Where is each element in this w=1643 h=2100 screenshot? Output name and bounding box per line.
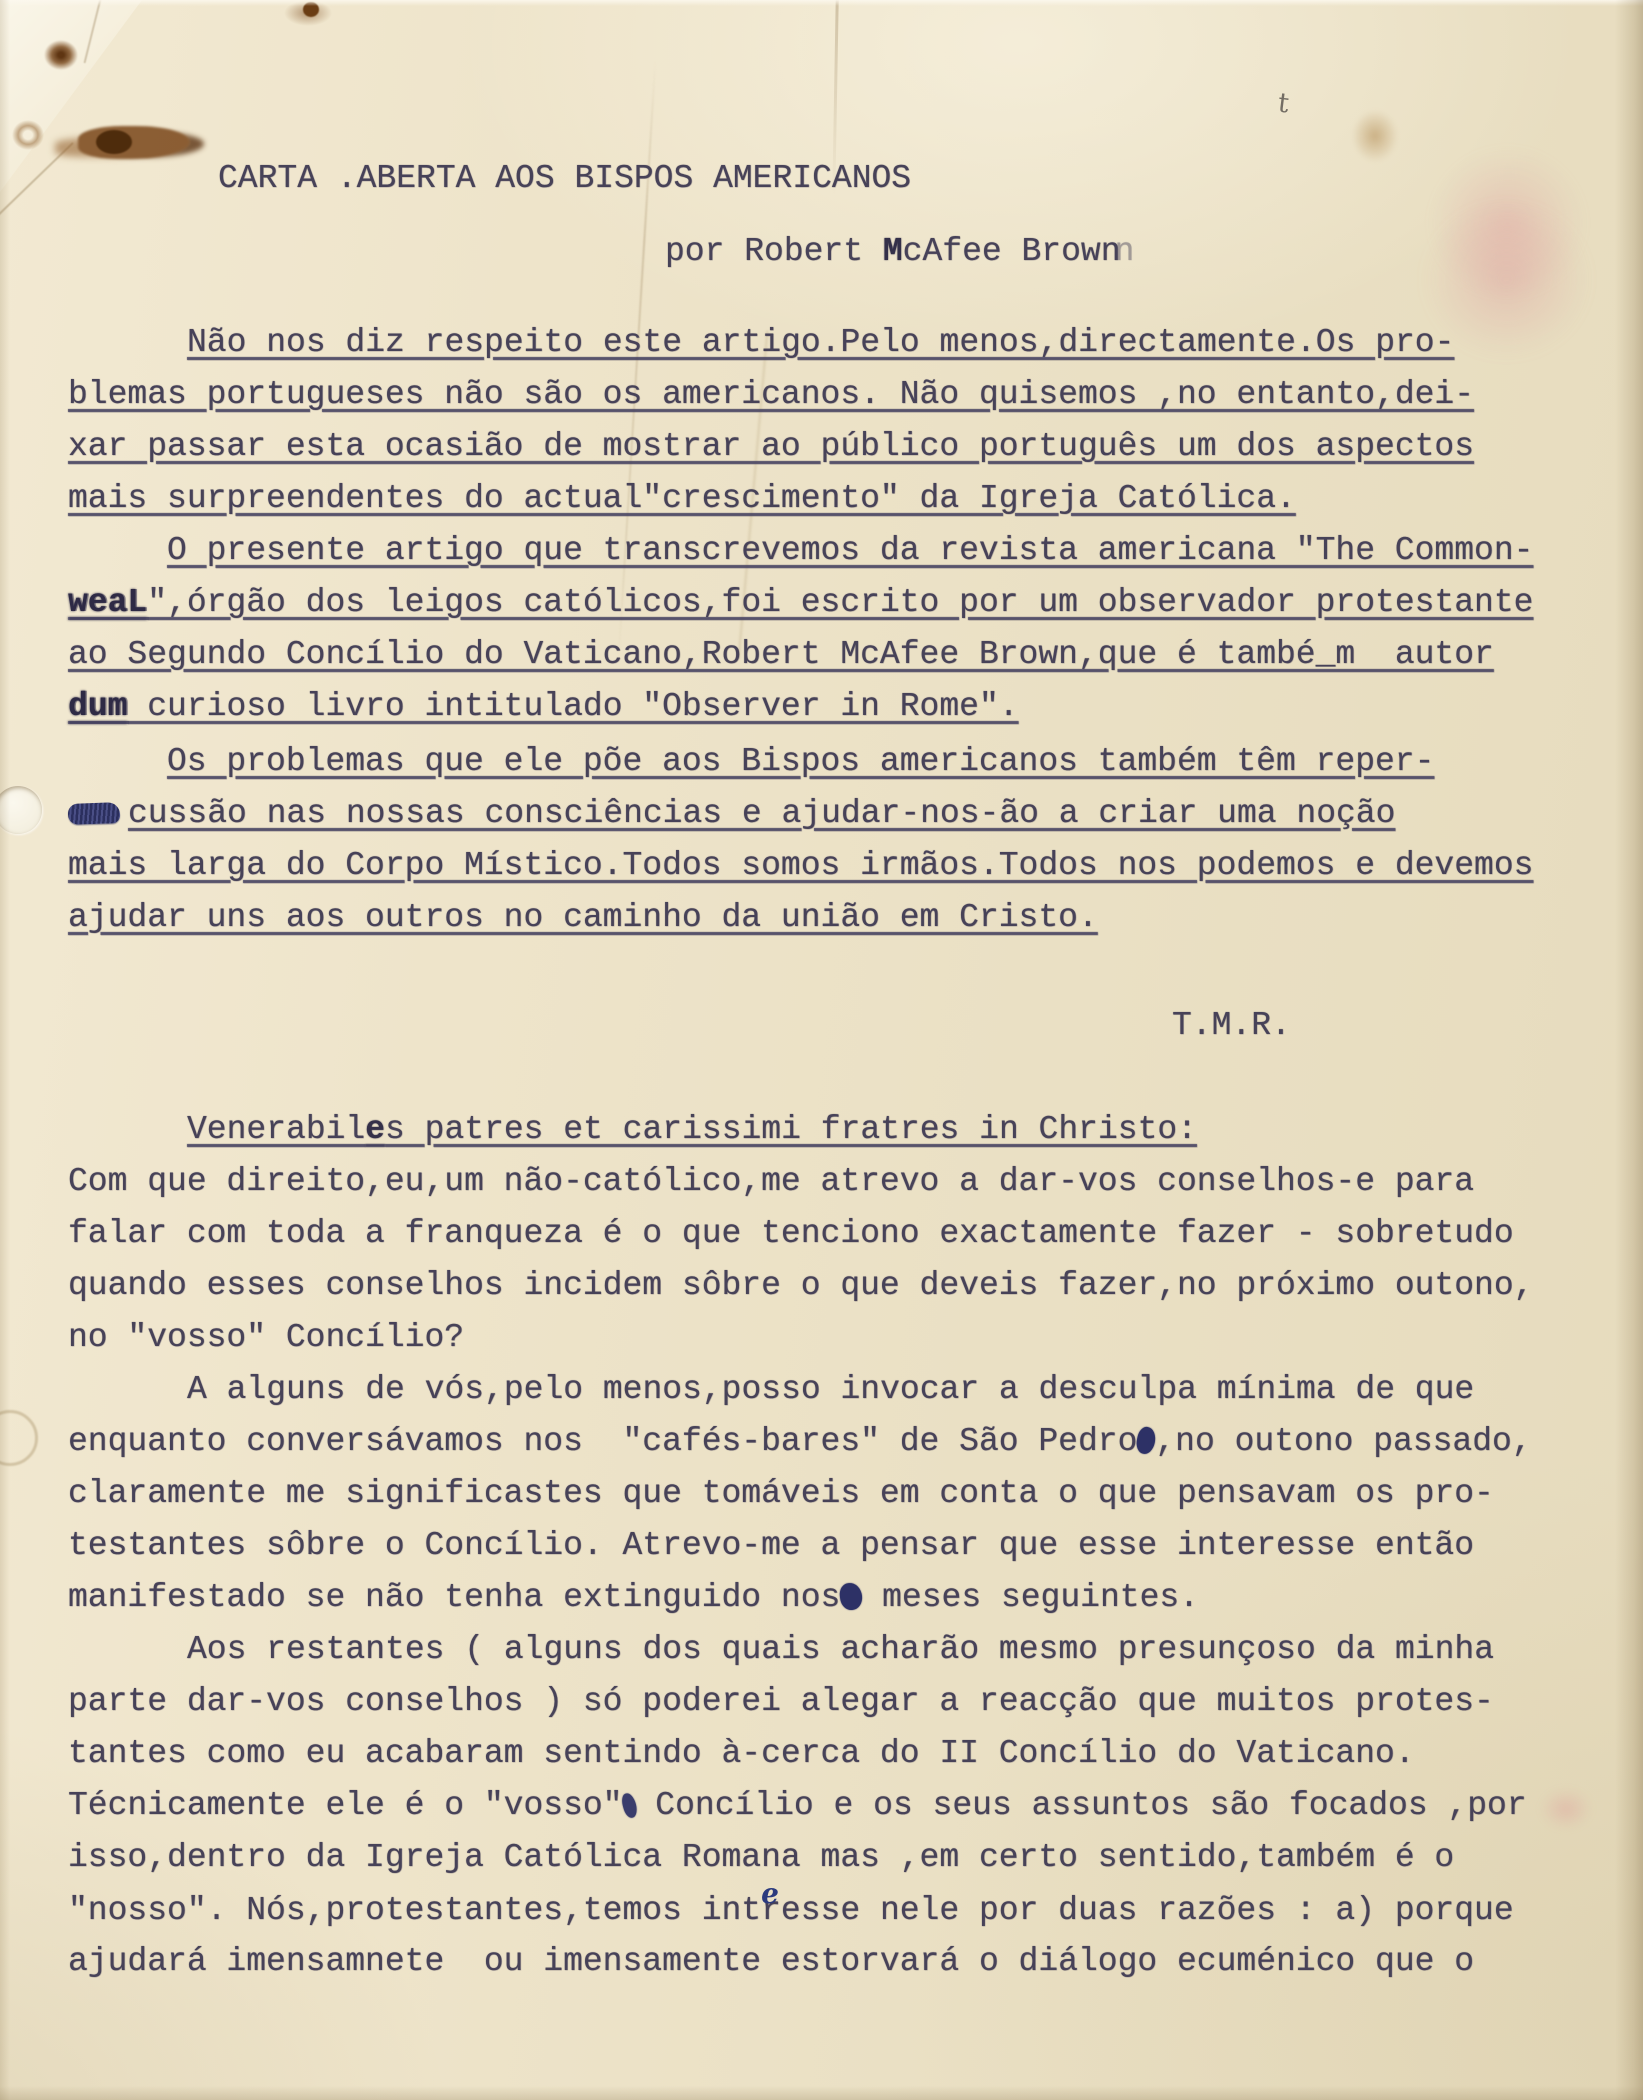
- paper-edge-bottom: [0, 2086, 1643, 2100]
- byline-pre: por Robert: [665, 233, 883, 270]
- typed-line: blemas portugueses não são os americanos…: [68, 369, 1533, 421]
- corner-crease-icon: [0, 142, 74, 248]
- overstruck-word: weaL: [68, 584, 147, 621]
- typed-line: Aos restantes ( alguns dos quais acharão…: [68, 1624, 1533, 1676]
- stain-smear: [78, 126, 190, 159]
- typed-line: Técnicamente ele é o "vosso" Concílio e …: [68, 1780, 1533, 1832]
- typed-line: enquanto conversávamos nos "cafés-bares"…: [68, 1416, 1533, 1468]
- typed-segment: ,no outono passado,: [1155, 1423, 1531, 1460]
- stain-smear-dark: [96, 130, 132, 154]
- typed-segment: Concílio e os seus assuntos são focados …: [636, 1787, 1527, 1824]
- typed-segment: Técnicamente ele é o "vosso": [68, 1787, 623, 1824]
- ink-scribble: [68, 802, 121, 825]
- typed-line: testantes sôbre o Concílio. Atrevo-me a …: [68, 1520, 1533, 1572]
- typed-line: Venerabiles patres et carissimi fratres …: [68, 1104, 1197, 1156]
- typed-line: Os problemas que ele põe aos Bispos amer…: [68, 736, 1533, 788]
- paper-edge-right: [1615, 0, 1643, 2100]
- typed-segment: cussão nas nossas consciências e ajudar-…: [128, 795, 1395, 832]
- typed-line: manifestado se não tenha extinguido nos …: [68, 1572, 1533, 1624]
- typed-segment: "nosso". Nós,protestantes,temos int: [68, 1892, 761, 1929]
- stain-top-edge-dot: [303, 2, 319, 17]
- paper-corner-shadow: [1513, 2005, 1643, 2100]
- typed-segment: resse nele por duas razões : a) porque: [761, 1892, 1514, 1929]
- typed-segment: manifestado se não tenha extinguido nos: [68, 1579, 840, 1616]
- page-title: CARTA .ABERTA AOS BISPOS AMERICANOS: [218, 159, 911, 199]
- overstruck-letter: e: [365, 1111, 385, 1148]
- typed-line: ajudar uns aos outros no caminho da uniã…: [68, 892, 1533, 944]
- intro-paragraph-1: Não nos diz respeito este artigo.Pelo me…: [68, 317, 1533, 733]
- pink-smudge: [1430, 148, 1585, 298]
- stain-spot: [44, 40, 78, 70]
- stain-top-edge: [284, 0, 332, 26]
- typed-line: dum curioso livro intitulado "Observer i…: [68, 681, 1533, 733]
- paper-scan: t CARTA .ABERTA AOS BISPOS AMERICANOS po…: [0, 0, 1643, 2100]
- stain-ring: [12, 120, 44, 150]
- hole-punch: [0, 786, 42, 834]
- torn-corner: [0, 0, 150, 200]
- byline-ghost-letter: n: [1115, 233, 1135, 270]
- typed-line: quando esses conselhos incidem sôbre o q…: [68, 1260, 1533, 1312]
- typed-line: falar com toda a franqueza é o que tenci…: [68, 1208, 1533, 1260]
- pink-smudge-small: [1540, 1788, 1592, 1830]
- typed-line: Com que direito,eu,um não-católico,me at…: [68, 1156, 1533, 1208]
- typed-segment: s patres et carissimi fratres in Christo…: [385, 1111, 1197, 1148]
- letter-body: Com que direito,eu,um não-católico,me at…: [68, 1156, 1533, 1988]
- typed-segment: Venerabil: [187, 1111, 365, 1148]
- typed-line: ao Segundo Concílio do Vaticano,Robert M…: [68, 629, 1533, 681]
- paper-edge-top: [0, 0, 1643, 6]
- overstruck-word: dum: [68, 688, 127, 725]
- typed-segment: ",órgão dos leigos católicos,foi escrito…: [147, 584, 1533, 621]
- typed-line: ajudará imensamnete ou imensamente estor…: [68, 1936, 1533, 1988]
- hole-punch-ring: [0, 1410, 38, 1466]
- typed-line: tantes como eu acabaram sentindo à-cerca…: [68, 1728, 1533, 1780]
- typed-line: weaL",órgão dos leigos católicos,foi esc…: [68, 577, 1533, 629]
- ink-blot: [839, 1582, 864, 1611]
- typed-line: mais surpreendentes do actual"cresciment…: [68, 473, 1533, 525]
- typed-line: isso,dentro da Igreja Católica Romana ma…: [68, 1832, 1533, 1884]
- byline-post: cAfee Brown: [903, 233, 1121, 270]
- typed-line: parte dar-vos conselhos ) só poderei ale…: [68, 1676, 1533, 1728]
- typed-line: claramente me significastes que tomáveis…: [68, 1468, 1533, 1520]
- paper-edge-left: [0, 0, 10, 2100]
- byline-overstruck-letter: M: [883, 233, 903, 270]
- byline: por Robert McAfee Brownn: [665, 232, 1134, 272]
- typed-line: "nosso". Nós,protestantes,temos interess…: [68, 1884, 1533, 1936]
- intro-paragraph-2: Os problemas que ele põe aos Bispos amer…: [68, 736, 1533, 944]
- typed-segment: curioso livro intitulado "Observer in Ro…: [127, 688, 1018, 725]
- typed-line: cussão nas nossas consciências e ajudar-…: [68, 788, 1533, 840]
- typed-line: xar passar esta ocasião de mostrar ao pú…: [68, 421, 1533, 473]
- corner-crease-icon: [84, 0, 103, 63]
- salutation: Venerabiles patres et carissimi fratres …: [68, 1104, 1197, 1156]
- stain-tan-blob: [1352, 110, 1398, 162]
- typed-line: mais larga do Corpo Místico.Todos somos …: [68, 840, 1533, 892]
- signature-initials: T.M.R.: [1172, 1006, 1291, 1046]
- typed-line: A alguns de vós,pelo menos,posso invocar…: [68, 1364, 1533, 1416]
- typed-segment: meses seguintes.: [862, 1579, 1199, 1616]
- pencil-mark: t: [1276, 87, 1291, 119]
- typed-line: no "vosso" Concílio?: [68, 1312, 1533, 1364]
- typed-segment: enquanto conversávamos nos "cafés-bares"…: [68, 1423, 1137, 1460]
- typed-line: Não nos diz respeito este artigo.Pelo me…: [68, 317, 1533, 369]
- typed-line: O presente artigo que transcrevemos da r…: [68, 525, 1533, 577]
